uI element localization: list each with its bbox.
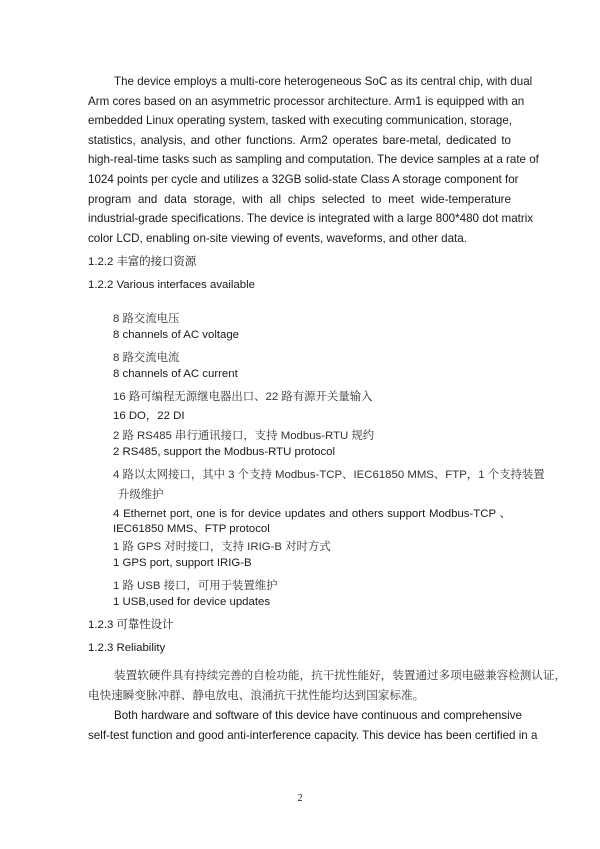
paragraph-line: embedded Linux operating system, tasked …	[88, 111, 511, 131]
section-heading-en: 1.2.2 Various interfaces available	[88, 279, 511, 291]
interface-item: 16 DO，22 DI	[113, 407, 185, 423]
section-heading-cn: 1.2.2 丰富的接口资源	[88, 253, 511, 269]
interface-item: 1 路 USB 接口，可用于装置维护	[113, 577, 278, 593]
paragraph-line: 电快速瞬变脉冲群、静电放电、浪涌抗干扰性能均达到国家标准。	[88, 686, 511, 706]
interface-item-continuation: IEC61850 MMS、FTP protocol	[113, 520, 270, 536]
interface-item: 1 USB,used for device updates	[113, 596, 270, 608]
interface-item-line: 4 路以太网接口，其中 3 个支持 Modbus-TCP、IEC61850 MM…	[113, 466, 511, 482]
interface-item: 8 路交流电压	[113, 310, 179, 326]
paragraph-line: Arm cores based on an asymmetric process…	[88, 92, 511, 112]
paragraph-line: industrial-grade specifications. The dev…	[88, 209, 511, 229]
intro-paragraph: The device employs a multi-core heteroge…	[88, 72, 511, 248]
paragraph-line: 装置软硬件具有持续完善的自检功能，抗干扰性能好，装置通过多项电磁兼容检测认证，	[88, 666, 511, 686]
interface-item: 4 Ethernet port, one is for device updat…	[113, 505, 511, 521]
paragraph-line: color LCD, enabling on-site viewing of e…	[88, 229, 511, 249]
reliability-paragraph-cn: 装置软硬件具有持续完善的自检功能，抗干扰性能好，装置通过多项电磁兼容检测认证， …	[88, 666, 511, 705]
paragraph-line: program and data storage, with all chips…	[88, 190, 511, 210]
interface-item: 8 路交流电流	[113, 349, 179, 365]
reliability-paragraph-en: Both hardware and software of this devic…	[88, 706, 511, 745]
paragraph-line: The device employs a multi-core heteroge…	[88, 72, 511, 92]
paragraph-line: 1024 points per cycle and utilizes a 32G…	[88, 170, 511, 190]
paragraph-line: high-real-time tasks such as sampling an…	[88, 150, 511, 170]
interface-item: 2 路 RS485 串行通讯接口，支持 Modbus-RTU 规约	[113, 427, 374, 443]
paragraph-line: Both hardware and software of this devic…	[88, 706, 511, 726]
interface-item: 8 channels of AC current	[113, 368, 238, 380]
interface-item: 4 路以太网接口，其中 3 个支持 Modbus-TCP、IEC61850 MM…	[113, 466, 511, 482]
paragraph-line: statistics, analysis, and other function…	[88, 131, 511, 151]
section-heading-en: 1.2.3 Reliability	[88, 642, 511, 654]
page-number: 2	[0, 793, 600, 804]
interface-item: 2 RS485, support the Modbus-RTU protocol	[113, 446, 335, 458]
interface-item: 8 channels of AC voltage	[113, 329, 239, 341]
interface-item: 1 路 GPS 对时接口，支持 IRIG-B 对时方式	[113, 538, 331, 554]
interface-item: 1 GPS port, support IRIG-B	[113, 557, 252, 569]
section-heading-cn: 1.2.3 可靠性设计	[88, 616, 511, 632]
interface-item-continuation: 升级维护	[118, 486, 164, 502]
document-page: The device employs a multi-core heteroge…	[0, 0, 600, 849]
interface-item: 16 路可编程无源继电器出口、22 路有源开关量输入	[113, 388, 372, 404]
interface-item-line: 4 Ethernet port, one is for device updat…	[113, 505, 511, 521]
paragraph-line: self-test function and good anti-interfe…	[88, 726, 511, 746]
